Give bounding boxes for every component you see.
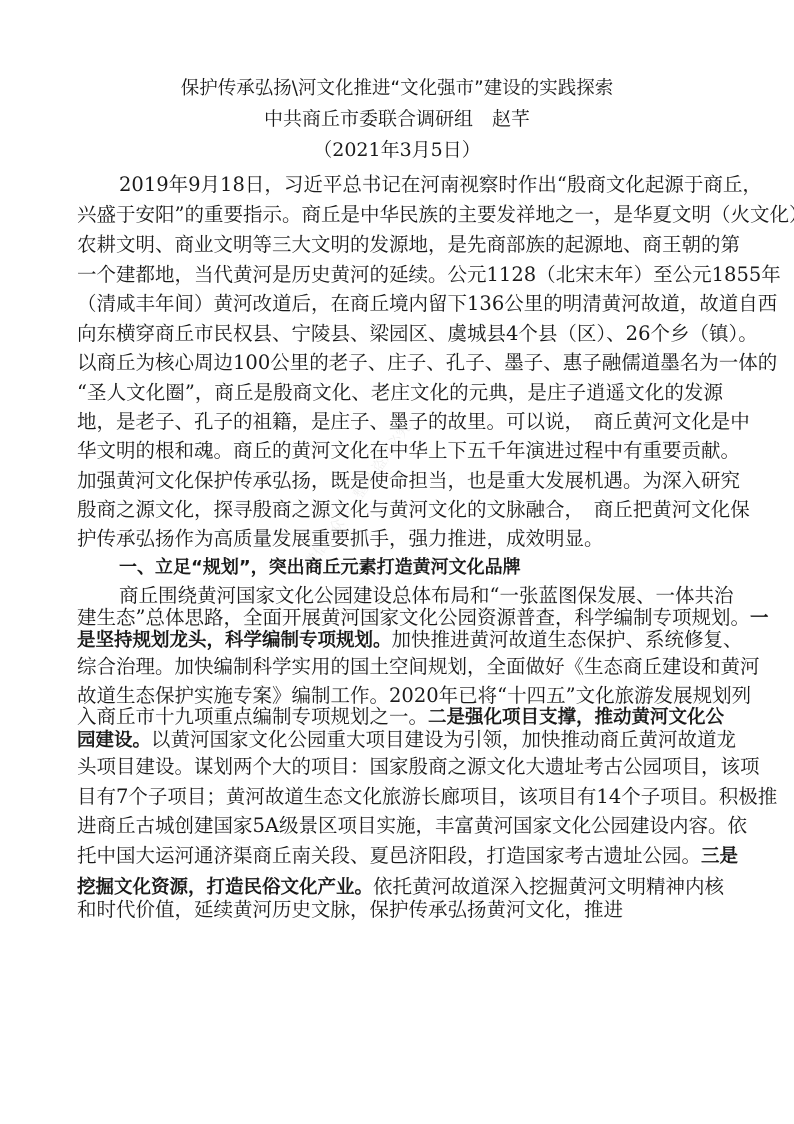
document-page: 保护传承弘扬\河文化推进“文化强市”建设的实践探索 中共商丘市委联合调研组 赵芊… (0, 0, 794, 1124)
paragraph-line: 挖掘文化资源，打造民俗文化产业。依托黄河故道深入挖掘黄河文明精神内核 (77, 875, 723, 899)
author-line: 中共商丘市委联合调研组 赵芊 (0, 106, 794, 132)
paragraph-line: 农耕文明、商业文明等三大文明的发源地，是先商部族的起源地、商王朝的第 (77, 233, 723, 257)
paragraph-line: 和时代价值，延续黄河历史文脉，保护传承弘扬黄河文化，推进 (77, 898, 723, 922)
paragraph-line: 头项目建设。谋划两个大的项目：国家殷商之源文化大遗址考古公园项目，该项 (77, 755, 723, 779)
paragraph-line: 综合治理。加快编制科学实用的国土空间规划，全面做好《生态商丘建设和黄河 (77, 655, 723, 679)
paragraph-line: 目有7个子项目；黄河故道生态文化旅游长廊项目，该项目有14个子项目。积极推 (77, 785, 723, 809)
paragraph-line: “圣人文化圈”，商丘是殷商文化、老庄文化的元典，是庄子逍遥文化的发源 (77, 381, 723, 405)
bold-run: 二是强化项目支撑，推动黄河文化公 (428, 707, 724, 728)
bold-run: 是坚持规划龙头，科学编制专项规划。 (77, 630, 392, 651)
bold-run: 三是 (701, 846, 738, 867)
paragraph-line: 加强黄河文化保护传承弘扬，既是使命担当，也是重大发展机遇。为深入研究 (77, 469, 723, 493)
bold-run: 挖掘文化资源，打造民俗文化产业。 (77, 877, 373, 898)
paragraph-line: 2019年9月18日，习近平总书记在河南视察时作出“殷商文化起源于商丘， (77, 173, 723, 197)
paragraph-line: 兴盛于安阳”的重要指示。商丘是中华民族的主要发祥地之一，是华夏文明（火文化）、 (77, 203, 723, 227)
section-heading: 一、立足“规划”，突出商丘元素打造黄河文化品牌 (77, 556, 723, 580)
paragraph-line: 是坚持规划龙头，科学编制专项规划。加快推进黄河故道生态保护、系统修复、 (77, 628, 723, 652)
paragraph-line: 入商丘市十九项重点编制专项规划之一。二是强化项目支撑，推动黄河文化公 (77, 705, 723, 729)
document-title: 保护传承弘扬\河文化推进“文化强市”建设的实践探索 (0, 76, 794, 102)
bold-run: 园建设。 (77, 730, 151, 751)
paragraph-line: 向东横穿商丘市民权县、宁陵县、梁园区、虞城县4个县（区）、26个乡（镇）。 (77, 322, 723, 346)
paragraph-line: 殷商之源文化，探寻殷商之源文化与黄河文化的文脉融合， 商丘把黄河文化保 (77, 498, 723, 522)
paragraph-line: 商丘围绕黄河国家文化公园建设总体布局和“一张蓝图保发展、一体共治 (77, 584, 723, 608)
paragraph-line: 托中国大运河通济渠商丘南关段、夏邑济阳段，打造国家考古遗址公园。三是 (77, 844, 723, 868)
paragraph-line: 进商丘古城创建国家5A级景区项目实施，丰富黄河国家文化公园建设内容。依 (77, 814, 723, 838)
paragraph-line: 以商丘为核心周边100公里的老子、庄子、孔子、墨子、惠子融儒道墨名为一体的 (77, 351, 723, 375)
date-line: （2021年3月5日） (0, 137, 794, 163)
paragraph-line: 护传承弘扬作为高质量发展重要抓手，强力推进，成效明显。 (77, 527, 723, 551)
bold-run: 一 (750, 608, 769, 629)
paragraph-line: 园建设。以黄河国家文化公园重大项目建设为引领，加快推动商丘黄河故道龙 (77, 728, 723, 752)
paragraph-line: 建生态”总体思路，全面开展黄河国家文化公园资源普查，科学编制专项规划。一 (77, 606, 723, 630)
paragraph-line: （清咸丰年间）黄河改道后，在商丘境内留下136公里的明清黄河故道，故道自西 (77, 292, 723, 316)
paragraph-line: 一个建都地，当代黄河是历史黄河的延续。公元1128（北宋末年）至公元1855年 (77, 263, 723, 287)
